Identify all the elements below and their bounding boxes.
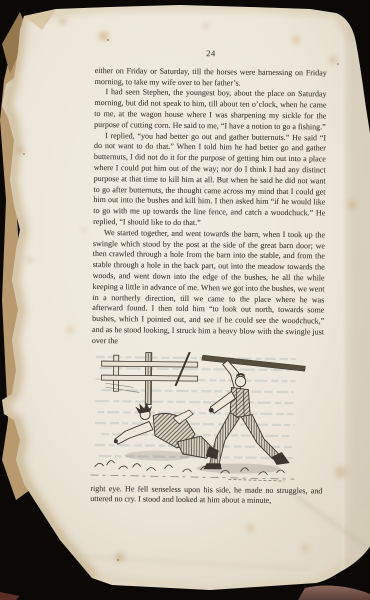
fallen-boy-figure bbox=[114, 402, 220, 459]
paragraph: I replied, “you had better go out and ga… bbox=[93, 131, 326, 231]
woodcut-engraving bbox=[88, 350, 305, 482]
thumb-corner bbox=[298, 586, 370, 600]
paragraph: I had seen Stephen, the youngest boy, ab… bbox=[94, 87, 326, 133]
woodcut-illustration bbox=[88, 350, 305, 482]
rail-fence bbox=[101, 351, 198, 405]
paragraph: either on Friday or Saturday, till the h… bbox=[95, 66, 327, 90]
cloth-sliver bbox=[0, 592, 20, 600]
photo-of-book-page: 24 either on Friday or Saturday, till th… bbox=[0, 0, 370, 600]
page-content: 24 either on Friday or Saturday, till th… bbox=[90, 47, 327, 508]
paragraph: right eye. He fell senseless upon his si… bbox=[90, 483, 322, 507]
paragraph: We started together, and went towards th… bbox=[92, 228, 325, 349]
page-number: 24 bbox=[95, 47, 327, 60]
